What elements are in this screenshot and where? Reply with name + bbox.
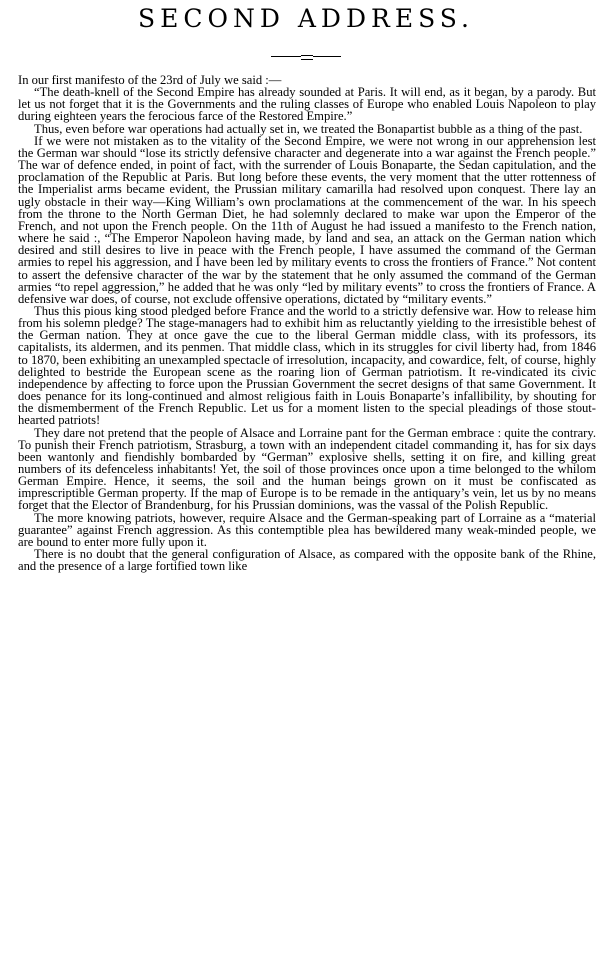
- document-page: SECOND ADDRESS. In our first manifesto o…: [0, 0, 612, 971]
- paragraph: There is no doubt that the general confi…: [18, 548, 596, 572]
- paragraph: If we were not mistaken as to the vitali…: [18, 135, 596, 305]
- paragraph: Thus, even before war operations had act…: [18, 123, 596, 135]
- paragraph: “The death-knell of the Second Empire ha…: [18, 86, 596, 122]
- decorative-rule-icon: [271, 55, 341, 58]
- paragraph: The more knowing patriots, however, requ…: [18, 512, 596, 548]
- paragraph: They dare not pretend that the people of…: [18, 427, 596, 512]
- article-body: In our first manifesto of the 23rd of Ju…: [18, 74, 596, 572]
- page-title: SECOND ADDRESS.: [0, 4, 612, 34]
- paragraph: Thus this pious king stood pledged befor…: [18, 305, 596, 427]
